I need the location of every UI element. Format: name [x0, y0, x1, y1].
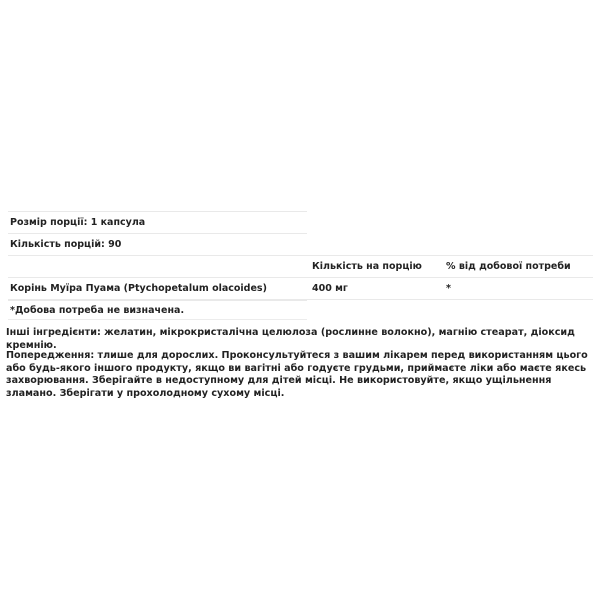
warning-text: Попередження: тлише для дорослих. Прокон… — [6, 350, 596, 400]
header-daily-value: % від добової потреби — [446, 256, 571, 277]
serving-size-row: Розмір порції: 1 капсула — [8, 211, 307, 233]
servings-per-container-row: Кількість порцій: 90 — [8, 233, 307, 255]
servings-per-container: Кількість порцій: 90 — [10, 234, 121, 255]
header-amount-per-serving: Кількість на порцію — [312, 256, 422, 277]
serving-size: Розмір порції: 1 капсула — [10, 212, 145, 233]
supplement-facts-table: Розмір порції: 1 капсула Кількість порці… — [8, 211, 593, 320]
table-row: Корінь Муїра Пуама (Ptychopetalum olacoi… — [8, 277, 593, 300]
ingredient-name: Корінь Муїра Пуама (Ptychopetalum olacoi… — [10, 278, 267, 299]
ingredient-daily-value: * — [446, 278, 451, 299]
other-ingredients: Інші інгредієнти: желатин, мікрокристалі… — [6, 327, 596, 352]
daily-value-footnote: *Добова потреба не визначена. — [8, 300, 307, 320]
ingredient-amount: 400 мг — [312, 278, 348, 299]
table-header-row: Кількість на порцію % від добової потреб… — [8, 255, 593, 277]
